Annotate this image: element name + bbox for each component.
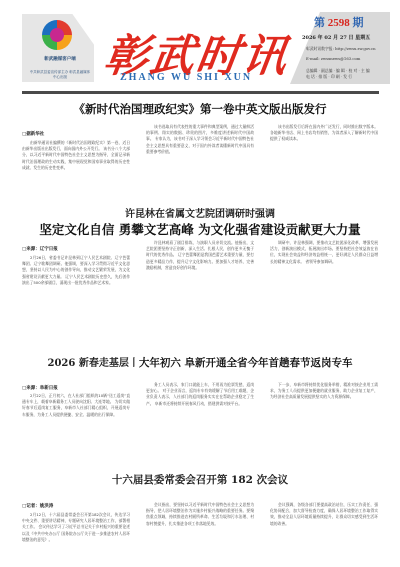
article-4-column-3: 会议强调，各级各部门要提高政治站位，压实工作责任，强化协同配合，加大督导检查力度… (270, 502, 378, 552)
issue-prefix: 第 (314, 17, 325, 29)
article-3-byline: □来源：阜新日报 (22, 385, 58, 391)
article-2-kicker: 许昆林在省属文艺院团调研时强调 (0, 205, 400, 220)
article-3-column-3: 下一步，阜新市将持续优化服务举措，精准对接企业用工需求，为务工人员提供更加便捷的… (270, 382, 378, 450)
article-1-headline[interactable]: 《新时代治国理政纪实》第一卷中英文版出版发行 (0, 101, 400, 117)
article-3-kicker: 2026 新春走基层丨 (48, 358, 139, 369)
newspaper-title-pinyin: ZHANG WU SHI XUN (120, 72, 252, 83)
issue-suffix: 期 (353, 17, 364, 29)
contact-email[interactable]: E-mail: zwsxnews@163.com (306, 56, 360, 61)
article-3-column-1: 2月22日，正月初六，在人社部门组织的10辆“送工返岗”直通专车上，载着阜新籍务… (22, 393, 130, 455)
masthead: 彰武融媒客户端 中共彰武县委宣传部主办 彰武县融媒体中心出版 彰武时讯 ZHAN… (0, 0, 400, 86)
article-4-headline[interactable]: 十六届县委常委会召开第 182 次会议 (0, 472, 400, 487)
article-4-column-2: 会议指出，要坚持以习近平新时代中国特色社会主义思想为指导，把人居环境整治作为实施… (146, 502, 254, 552)
article-1-column-1: 由新华通讯社编撰的《新时代治国理政纪实》第一卷，近日由新华出版社出版发行，面向国… (22, 140, 130, 190)
issue-date: 2026 年 02 月 27 日 星期五 (302, 34, 370, 41)
issue-info-panel: 第 2598 期 2026 年 02 月 27 日 星期五 彰武时讯数字报: h… (280, 8, 392, 86)
app-logo-icon (42, 20, 72, 50)
masthead-divider (22, 91, 379, 94)
article-1-column-3: 该书出版发行后将在国内外广泛发行，同时推出数字版本。各地新华书店、网上书店均有销… (270, 124, 378, 174)
digital-edition-link[interactable]: 彰武时讯数字报: http://zwsx.zw.gov.cn (306, 46, 376, 52)
article-1-column-2: 该书选取具有代表性的重大事件和典型案例，通过大量鲜活的事例、翔实的数据、珍贵的图… (146, 124, 254, 190)
article-2-column-2: 许昆林观看了剧目排练，与演职人员亲切交流。他指出，文艺院团要坚持守正创新，深入生… (146, 240, 254, 341)
article-3-column-2: 务工人员表示，家门口就能上车，不用再为抢票发愁，返岗更安心。 对于企业而言，返岗… (146, 382, 254, 450)
article-3-headline: 大年初六 阜新开通全省今年首趟春节返岗专车 (139, 357, 353, 369)
issue-number-value: 2598 (328, 17, 350, 29)
issue-number: 第 2598 期 (314, 14, 364, 30)
logo-subtitle: 中共彰武县委宣传部主办 彰武县融媒体中心出版 (28, 70, 92, 80)
article-2-column-1: 2月26日，省委书记许昆林到辽宁人民艺术剧院、辽宁芭蕾舞团、辽宁歌舞团调研。他强… (22, 255, 130, 341)
article-2-headline[interactable]: 坚定文化自信 勇攀文艺高峰 为文化强省建设贡献更大力量 (0, 220, 400, 238)
logo-caption: 彰武融媒客户端 (28, 56, 92, 62)
article-4-byline: □记者：姚洪涛 (22, 503, 53, 509)
staff-line-2: 电 话 · 排 版 · 印 刷 · 发 行 (306, 74, 352, 80)
article-1-byline: □据新华社 (22, 131, 44, 137)
article-2-byline: □来源：辽宁日报 (22, 246, 58, 252)
article-2-column-3: 调研中，许昆林强调，要推动文艺院团深化改革，增强发展活力，创新演出模式，拓展演出… (270, 240, 378, 341)
article-4-column-1: 2月12日，十六届县委常委会召开第182次会议，传达学习中央文件、重要讲话精神，… (22, 512, 130, 555)
article-3-heading[interactable]: 2026 新春走基层丨大年初六 阜新开通全省今年首趟春节返岗专车 (0, 351, 400, 370)
